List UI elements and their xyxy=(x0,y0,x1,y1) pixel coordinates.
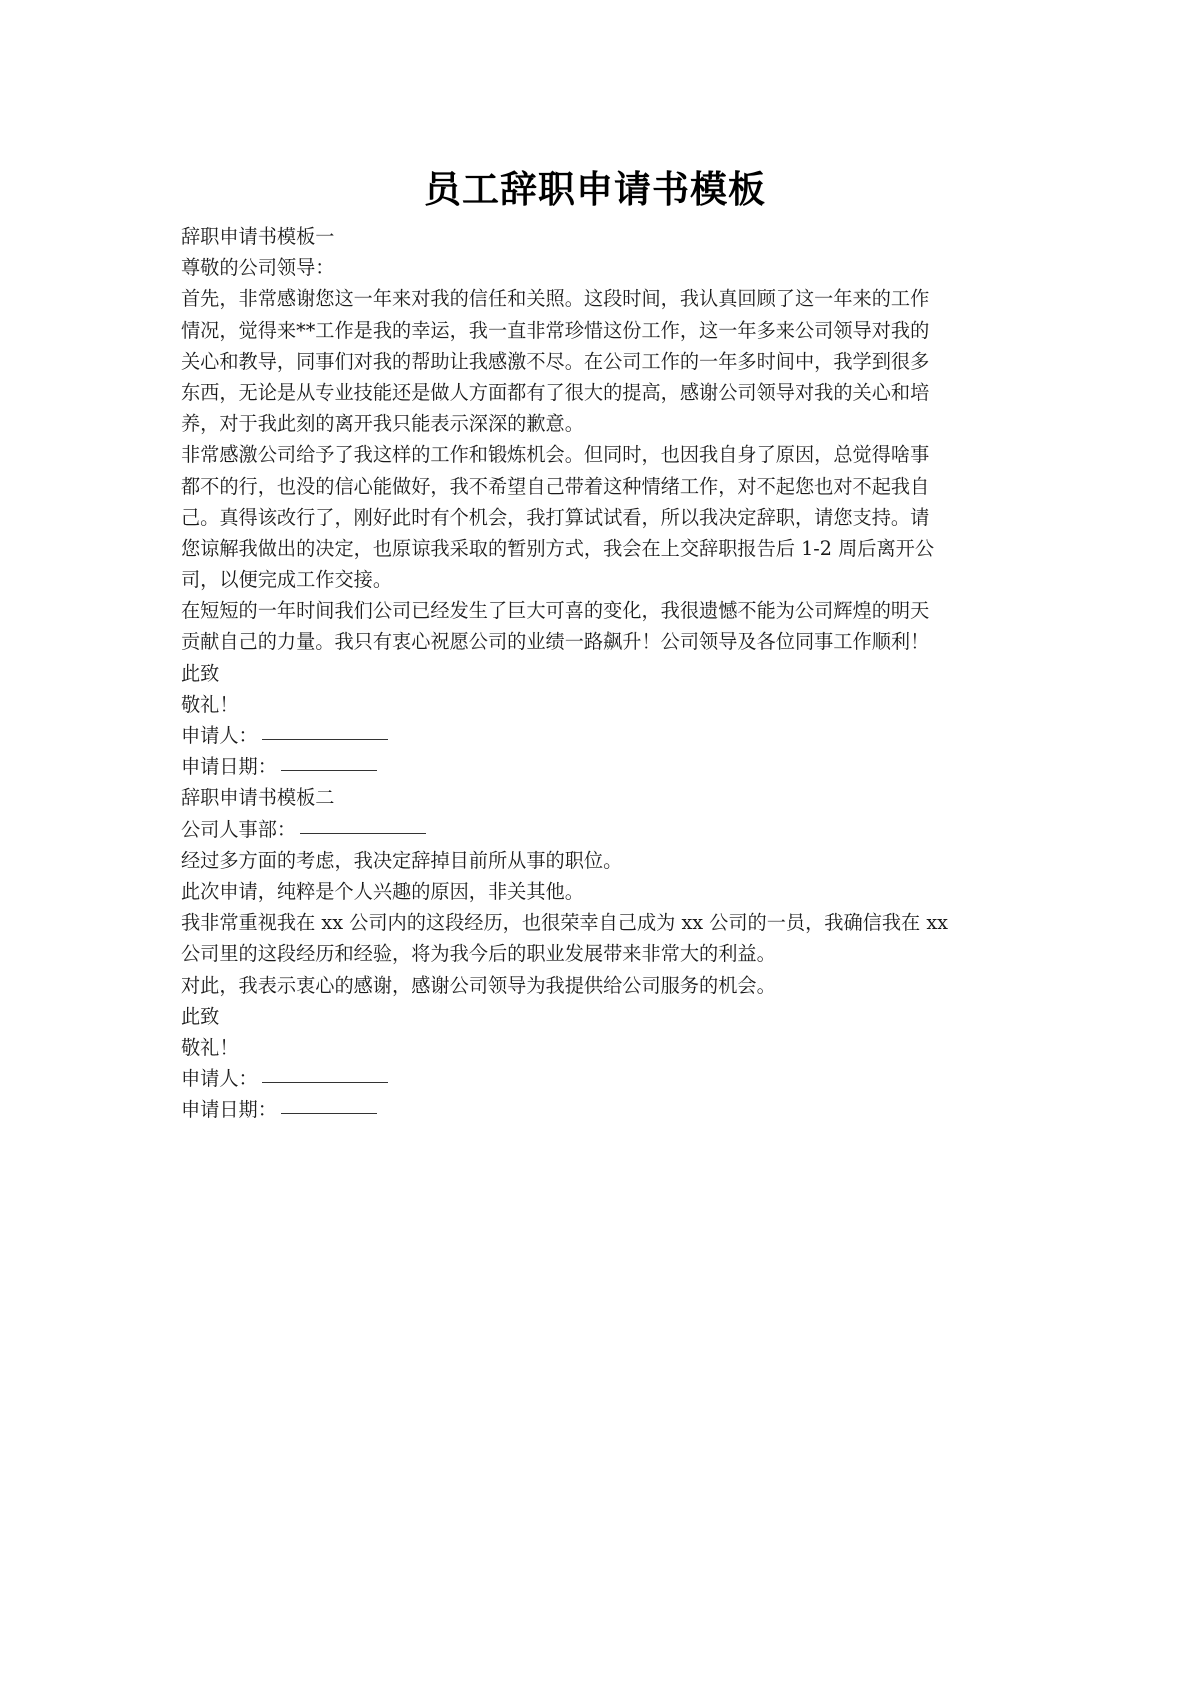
date-label: 申请日期： xyxy=(181,755,277,778)
applicant-field: 申请人： xyxy=(181,1063,1019,1094)
text-line: 都不的行，也没的信心能做好，我不希望自己带着这种情绪工作，对不起您也对不起我自 xyxy=(181,471,1019,502)
closing-line-1: 此致 xyxy=(181,1001,1019,1032)
text-line: 贡献自己的力量。我只有衷心祝愿公司的业绩一路飙升！公司领导及各位同事工作顺利！ xyxy=(181,626,1019,657)
text-line: 非常感激公司给予了我这样的工作和锻炼机会。但同时，也因我自身了原因，总觉得啥事 xyxy=(181,439,1019,470)
paragraph-reason: 非常感激公司给予了我这样的工作和锻炼机会。但同时，也因我自身了原因，总觉得啥事 … xyxy=(181,439,1019,595)
document-body: 辞职申请书模板一 尊敬的公司领导： 首先，非常感谢您这一年来对我的信任和关照。这… xyxy=(181,221,1019,1125)
paragraph-gratitude: 首先，非常感谢您这一年来对我的信任和关照。这段时间，我认真回顾了这一年来的工作 … xyxy=(181,283,1019,439)
text-line: 东西，无论是从专业技能还是做人方面都有了很大的提高，感谢公司领导对我的关心和培 xyxy=(181,377,1019,408)
applicant-blank[interactable] xyxy=(262,1081,388,1083)
text-line: 在短短的一年时间我们公司已经发生了巨大可喜的变化，我很遗憾不能为公司辉煌的明天 xyxy=(181,595,1019,626)
applicant-field: 申请人： xyxy=(181,720,1019,751)
section-heading-template-1: 辞职申请书模板一 xyxy=(181,221,1019,252)
text-line: 情况，觉得来**工作是我的幸运，我一直非常珍惜这份工作，这一年多来公司领导对我的 xyxy=(181,315,1019,346)
text-line: 公司里的这段经历和经验，将为我今后的职业发展带来非常大的利益。 xyxy=(181,938,1019,969)
section-heading-template-2: 辞职申请书模板二 xyxy=(181,782,1019,813)
text-line: 我非常重视我在 xx 公司内的这段经历，也很荣幸自己成为 xx 公司的一员，我确… xyxy=(181,907,1019,938)
applicant-blank[interactable] xyxy=(262,738,388,740)
date-field: 申请日期： xyxy=(181,1094,1019,1125)
text-line: 养，对于我此刻的离开我只能表示深深的歉意。 xyxy=(181,408,1019,439)
applicant-label: 申请人： xyxy=(181,724,258,747)
text-line: 己。真得该改行了，刚好此时有个机会，我打算试试看，所以我决定辞职，请您支持。请 xyxy=(181,502,1019,533)
recipient-field: 公司人事部： xyxy=(181,814,1019,845)
text-line: 司，以便完成工作交接。 xyxy=(181,564,1019,595)
salutation: 尊敬的公司领导： xyxy=(181,252,1019,283)
paragraph-wishes: 在短短的一年时间我们公司已经发生了巨大可喜的变化，我很遗憾不能为公司辉煌的明天 … xyxy=(181,595,1019,657)
text-line: 关心和教导，同事们对我的帮助让我感激不尽。在公司工作的一年多时间中，我学到很多 xyxy=(181,346,1019,377)
date-field: 申请日期： xyxy=(181,751,1019,782)
applicant-label: 申请人： xyxy=(181,1067,258,1090)
text-line: 首先，非常感谢您这一年来对我的信任和关照。这段时间，我认真回顾了这一年来的工作 xyxy=(181,283,1019,314)
closing-line-2: 敬礼！ xyxy=(181,1032,1019,1063)
thanks-line: 对此，我表示衷心的感谢，感谢公司领导为我提供给公司服务的机会。 xyxy=(181,970,1019,1001)
paragraph-experience: 我非常重视我在 xx 公司内的这段经历，也很荣幸自己成为 xx 公司的一员，我确… xyxy=(181,907,1019,969)
closing-line-1: 此致 xyxy=(181,658,1019,689)
page-title: 员工辞职申请书模板 xyxy=(0,162,1190,218)
closing-line-2: 敬礼！ xyxy=(181,689,1019,720)
text-line: 您谅解我做出的决定，也原谅我采取的暂别方式，我会在上交辞职报告后 1-2 周后离… xyxy=(181,533,1019,564)
recipient-blank[interactable] xyxy=(300,832,426,834)
document-page: 员工辞职申请书模板 辞职申请书模板一 尊敬的公司领导： 首先，非常感谢您这一年来… xyxy=(0,0,1190,1683)
recipient-label: 公司人事部： xyxy=(181,818,296,841)
text-line: 经过多方面的考虑，我决定辞掉目前所从事的职位。 xyxy=(181,845,1019,876)
date-blank[interactable] xyxy=(281,769,377,771)
date-blank[interactable] xyxy=(281,1112,377,1114)
date-label: 申请日期： xyxy=(181,1098,277,1121)
text-line: 此次申请，纯粹是个人兴趣的原因，非关其他。 xyxy=(181,876,1019,907)
